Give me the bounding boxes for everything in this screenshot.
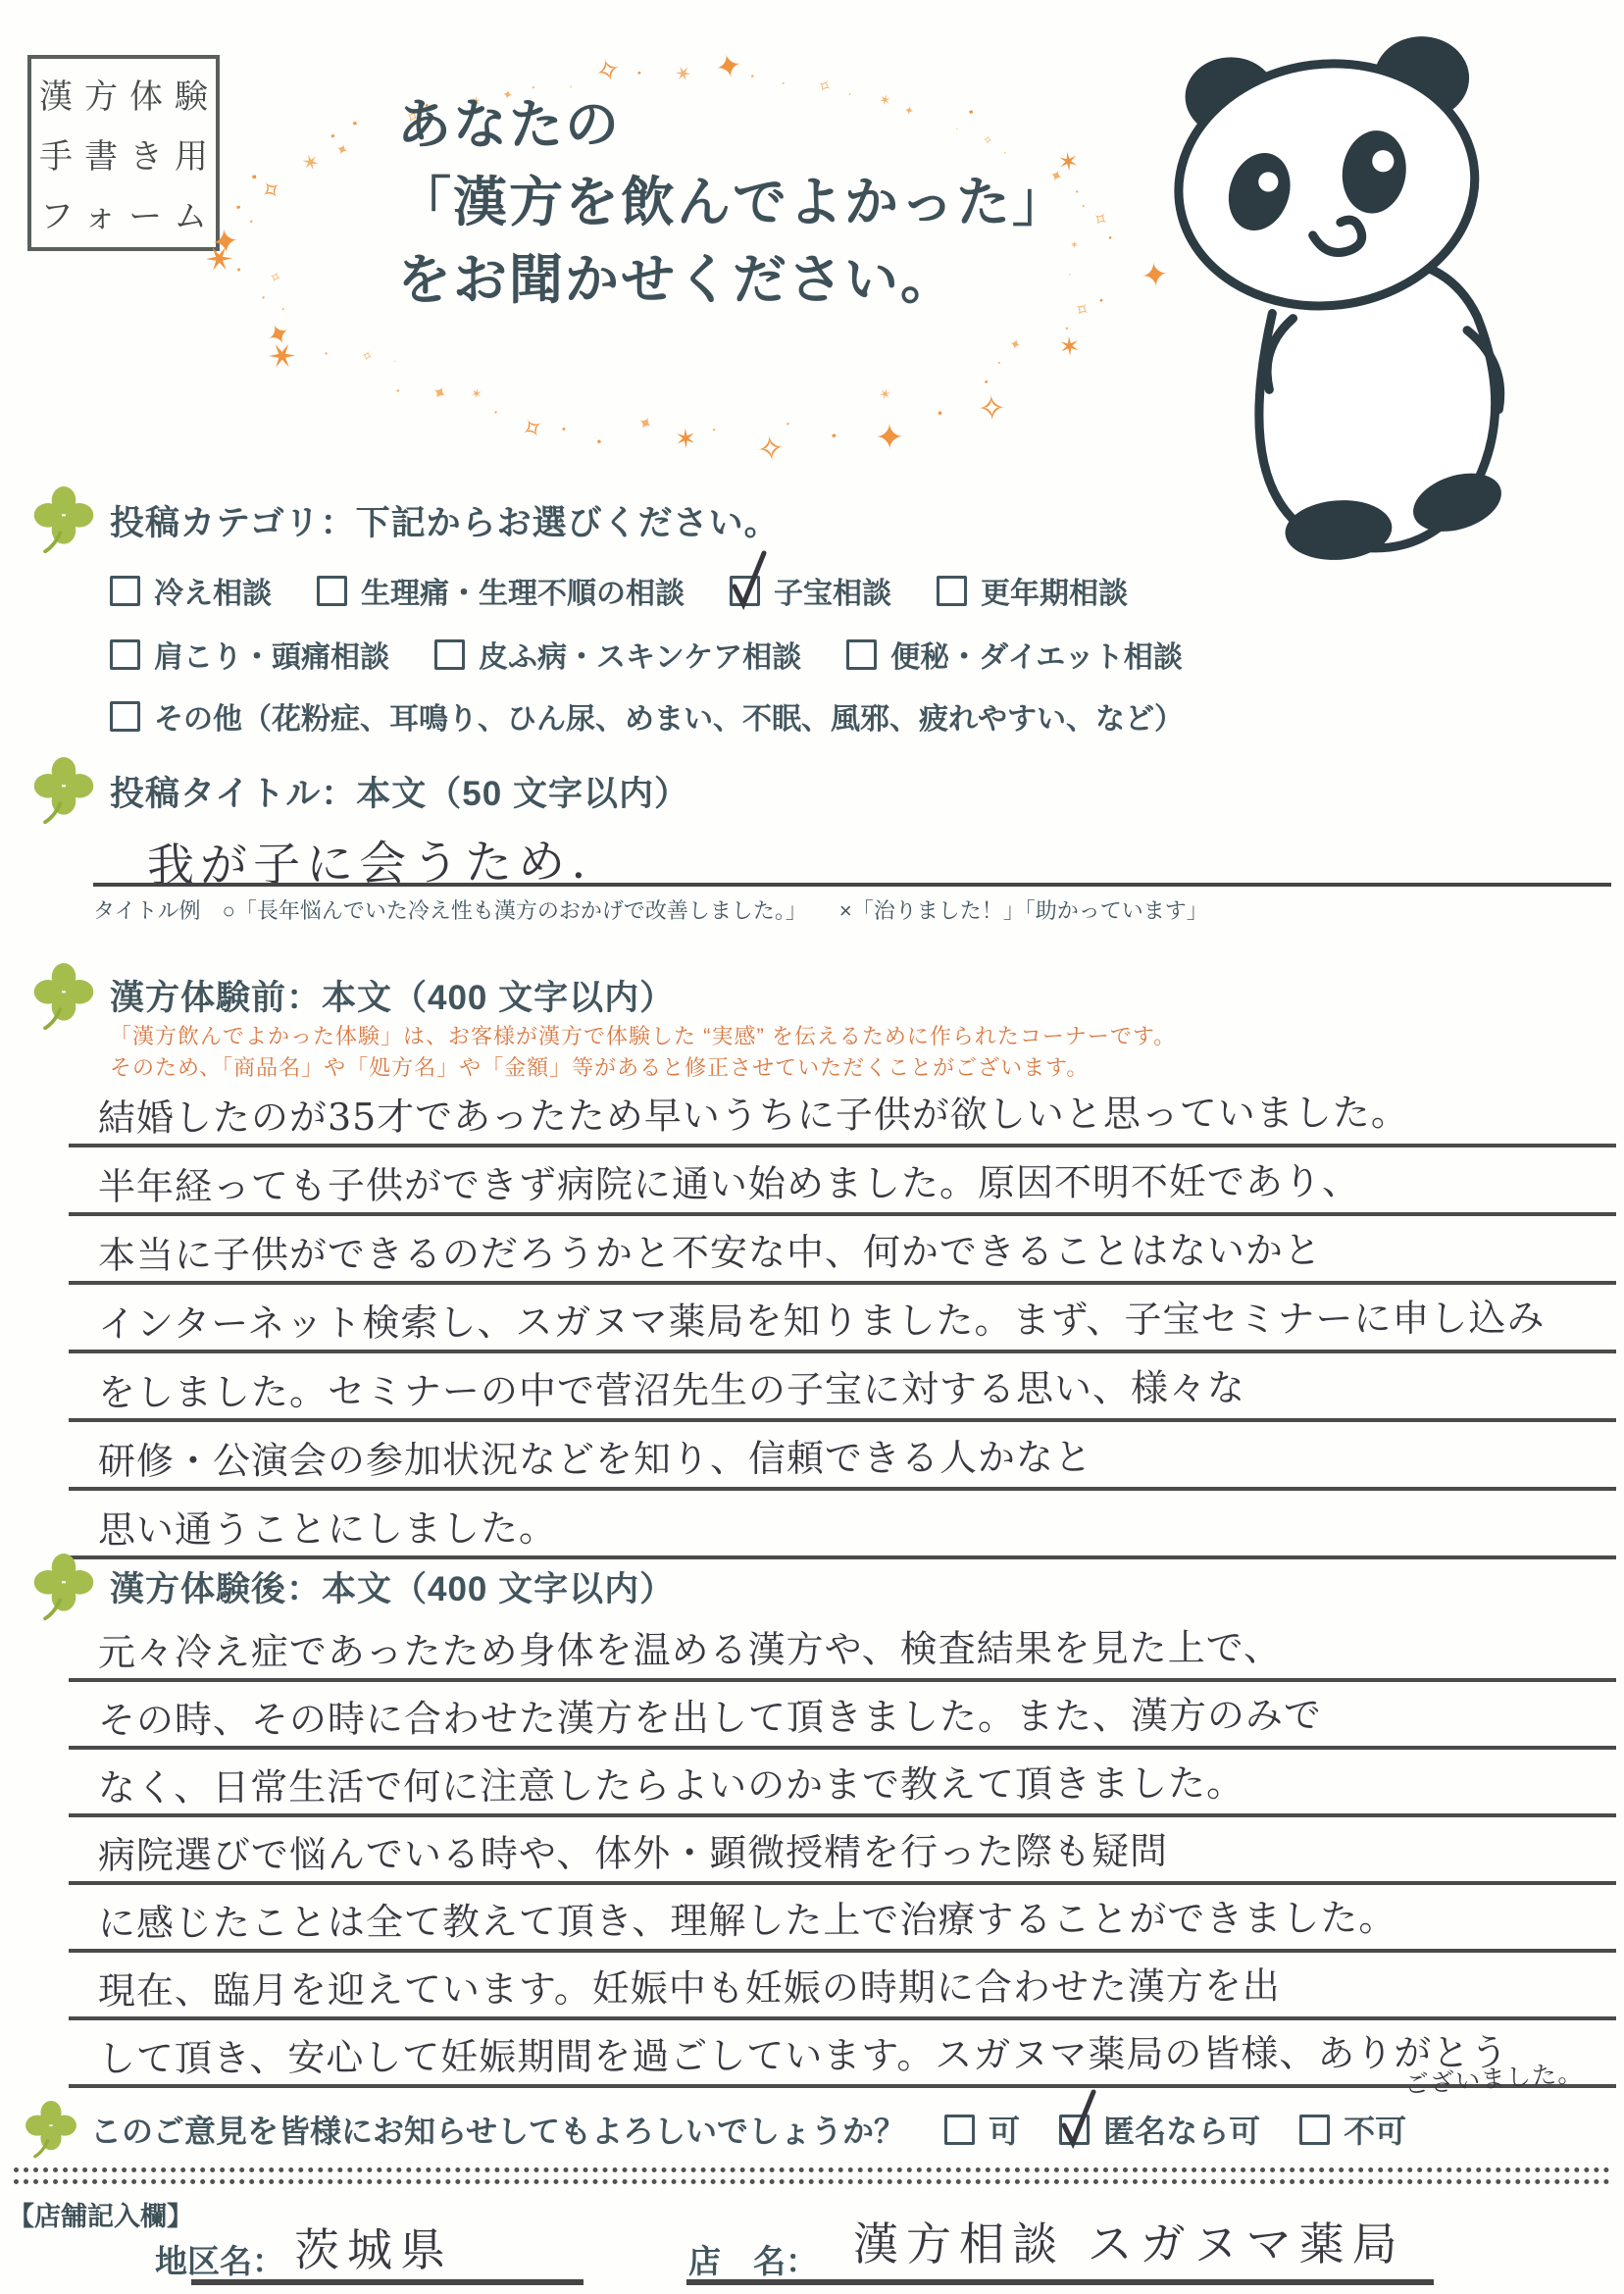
stamp-line: フォーム bbox=[40, 189, 219, 237]
speech-bubble: あなたの 「漢方を飲んでよかった」 をお聞かせください。 bbox=[397, 86, 1068, 319]
checkbox-label: 皮ふ病・スキンケア相談 bbox=[479, 633, 801, 676]
scanned-form-page: 漢方体験 手書き用 フォーム ✶✦··✧·✶✦··✧·✶✦··✧·✶✦··✧·✶… bbox=[0, 0, 1624, 2294]
checkbox[interactable] bbox=[317, 576, 347, 606]
shop-underline bbox=[686, 2279, 1434, 2285]
handwriting-line: 研修・公演会の参加状況などを知り、信頼できる人かなと bbox=[69, 1422, 1616, 1491]
clover-icon bbox=[33, 1554, 94, 1622]
handwriting-line: 結婚したのが35才であったため早いうちに子供が欲しいと思っていました。 bbox=[69, 1079, 1616, 1147]
after-heading: 漢方体験後：本文（400 文字以内） bbox=[110, 1562, 675, 1611]
after-handwriting-block: 元々冷え症であったため身体を温める漢方や、検査結果を見た上で、 その時、その時に… bbox=[69, 1614, 1616, 2088]
category-row-2: 肩こり・頭痛相談 皮ふ病・スキンケア相談 便秘・ダイエット相談 bbox=[110, 633, 1183, 676]
clover-icon bbox=[25, 2101, 76, 2160]
checkbox-label: その他（花粉症、耳鳴り、ひん尿、めまい、不眠、風邪、疲れやすい、など） bbox=[154, 694, 1184, 738]
checkbox[interactable] bbox=[110, 639, 140, 670]
checkbox-label: 子宝相談 bbox=[774, 569, 891, 612]
shop-label: 店 名： bbox=[688, 2236, 818, 2282]
district-label: 地区名： bbox=[155, 2236, 284, 2282]
shop-value: 漢方相談 スガヌマ薬局 bbox=[853, 2209, 1405, 2273]
checkbox-option: 冷え相談 bbox=[110, 569, 272, 612]
clover-icon bbox=[33, 757, 94, 826]
note-line: そのため、「商品名」や「処方名」や「金額」等があると修正させていただくことがござ… bbox=[110, 1051, 1089, 1082]
checkbox-option: 便秘・ダイエット相談 bbox=[846, 633, 1183, 676]
handwriting-line: なく、日常生活で何に注意したらよいのかまで教えて頂きました。 bbox=[69, 1750, 1616, 1817]
before-handwriting-block: 結婚したのが35才であったため早いうちに子供が欲しいと思っていました。 半年経っ… bbox=[69, 1079, 1616, 1559]
bubble-line: あなたの bbox=[397, 86, 1068, 164]
panda-illustration bbox=[1116, 22, 1577, 586]
title-example: タイトル例 ○「長年悩んでいた冷え性も漢方のおかげで改善しました。」 ×「治りま… bbox=[93, 894, 1208, 925]
handwriting-line: 現在、臨月を迎えています。妊娠中も妊娠の時期に合わせた漢方を出 bbox=[69, 1953, 1616, 2020]
checkbox[interactable] bbox=[730, 576, 760, 606]
checkbox-label: 生理痛・生理不順の相談 bbox=[361, 569, 685, 612]
category-row-3: その他（花粉症、耳鳴り、ひん尿、めまい、不眠、風邪、疲れやすい、など） bbox=[110, 694, 1184, 738]
checkbox[interactable] bbox=[110, 576, 140, 606]
checkbox[interactable] bbox=[944, 2115, 975, 2145]
checkbox-label: 更年期相談 bbox=[981, 569, 1128, 612]
dotted-separator bbox=[14, 2167, 1610, 2184]
consent-option: 匿名なら可 bbox=[1059, 2107, 1260, 2152]
checkbox[interactable] bbox=[110, 701, 140, 732]
handwriting-line: 思い通うことにしました。 bbox=[69, 1491, 1616, 1559]
checkbox-label: 肩こり・頭痛相談 bbox=[154, 633, 389, 676]
checkbox-label: 冷え相談 bbox=[154, 569, 272, 612]
district-value: 茨城県 bbox=[294, 2215, 453, 2279]
bubble-line: をお聞かせください。 bbox=[397, 241, 1068, 319]
handwriting-line: インターネット検索し、スガヌマ薬局を知りました。まず、子宝セミナーに申し込み bbox=[69, 1285, 1616, 1353]
stamp-line: 漢方体験 bbox=[39, 70, 220, 118]
checkbox[interactable] bbox=[846, 639, 877, 670]
check-mark-icon bbox=[727, 549, 774, 612]
checkbox-option: その他（花粉症、耳鳴り、ひん尿、めまい、不眠、風邪、疲れやすい、など） bbox=[110, 694, 1184, 738]
category-heading: 投稿カテゴリ：下記からお選びください。 bbox=[110, 496, 780, 545]
note-line: 「漢方飲んでよかった体験」は、お客様が漢方で体験した “実感” を伝えるために作… bbox=[110, 1020, 1176, 1050]
checkbox-option: 子宝相談 bbox=[730, 569, 891, 612]
handwriting-line: をしました。セミナーの中で菅沼先生の子宝に対する思い、様々な bbox=[69, 1353, 1616, 1422]
checkbox-label: 匿名なら可 bbox=[1103, 2107, 1260, 2152]
consent-row: このご意見を皆様にお知らせしてもよろしいでしょうか？ 可 匿名なら可 不可 bbox=[90, 2107, 1406, 2152]
checkbox-label: 不可 bbox=[1344, 2107, 1406, 2152]
checkbox[interactable] bbox=[1059, 2115, 1090, 2145]
category-row-1: 冷え相談 生理痛・生理不順の相談 子宝相談 更年期相談 bbox=[110, 569, 1128, 612]
checkbox[interactable] bbox=[1299, 2115, 1330, 2145]
handwriting-line: その時、その時に合わせた漢方を出して頂きました。また、漢方のみで bbox=[69, 1682, 1616, 1750]
handwriting-line: して頂き、安心して妊娠期間を過ごしています。スガヌマ薬局の皆様、ありがとう bbox=[69, 2020, 1616, 2088]
checkbox[interactable] bbox=[434, 639, 465, 670]
bubble-line: 「漢方を飲んでよかった」 bbox=[397, 164, 1068, 241]
checkbox-label: 便秘・ダイエット相談 bbox=[890, 633, 1183, 676]
checkbox-option: 生理痛・生理不順の相談 bbox=[317, 569, 685, 612]
consent-option: 可 bbox=[944, 2107, 1020, 2152]
title-writing-line bbox=[93, 883, 1611, 887]
stamp-box: 漢方体験 手書き用 フォーム bbox=[27, 55, 220, 251]
before-heading: 漢方体験前：本文（400 文字以内） bbox=[110, 971, 675, 1020]
checkbox-option: 更年期相談 bbox=[937, 569, 1128, 612]
handwriting-line: 元々冷え症であったため身体を温める漢方や、検査結果を見た上で、 bbox=[69, 1614, 1616, 1682]
checkbox-label: 可 bbox=[989, 2107, 1020, 2152]
district-underline bbox=[191, 2279, 584, 2285]
store-entry-label: 【店舗記入欄】 bbox=[8, 2195, 193, 2233]
consent-option: 不可 bbox=[1299, 2107, 1406, 2152]
clover-icon bbox=[33, 486, 94, 555]
checkbox-option: 肩こり・頭痛相談 bbox=[110, 633, 389, 676]
handwriting-line: 病院選びで悩んでいる時や、体外・顕微授精を行った際も疑問 bbox=[69, 1817, 1616, 1885]
handwriting-line: 半年経っても子供ができず病院に通い始めました。原因不明不妊であり、 bbox=[69, 1147, 1616, 1216]
title-heading: 投稿タイトル：本文（50 文字以内） bbox=[110, 767, 689, 816]
checkbox[interactable] bbox=[937, 576, 967, 606]
consent-question: このご意見を皆様にお知らせしてもよろしいでしょうか？ bbox=[90, 2107, 905, 2152]
stamp-line: 手書き用 bbox=[39, 129, 220, 178]
checkbox-option: 皮ふ病・スキンケア相談 bbox=[434, 633, 801, 676]
check-mark-icon bbox=[1056, 2088, 1103, 2151]
clover-icon bbox=[33, 963, 94, 1032]
handwriting-line: 本当に子供ができるのだろうかと不安な中、何かできることはないかと bbox=[69, 1216, 1616, 1285]
handwriting-line: に感じたことは全て教えて頂き、理解した上で治療することができました。 bbox=[69, 1885, 1616, 1953]
